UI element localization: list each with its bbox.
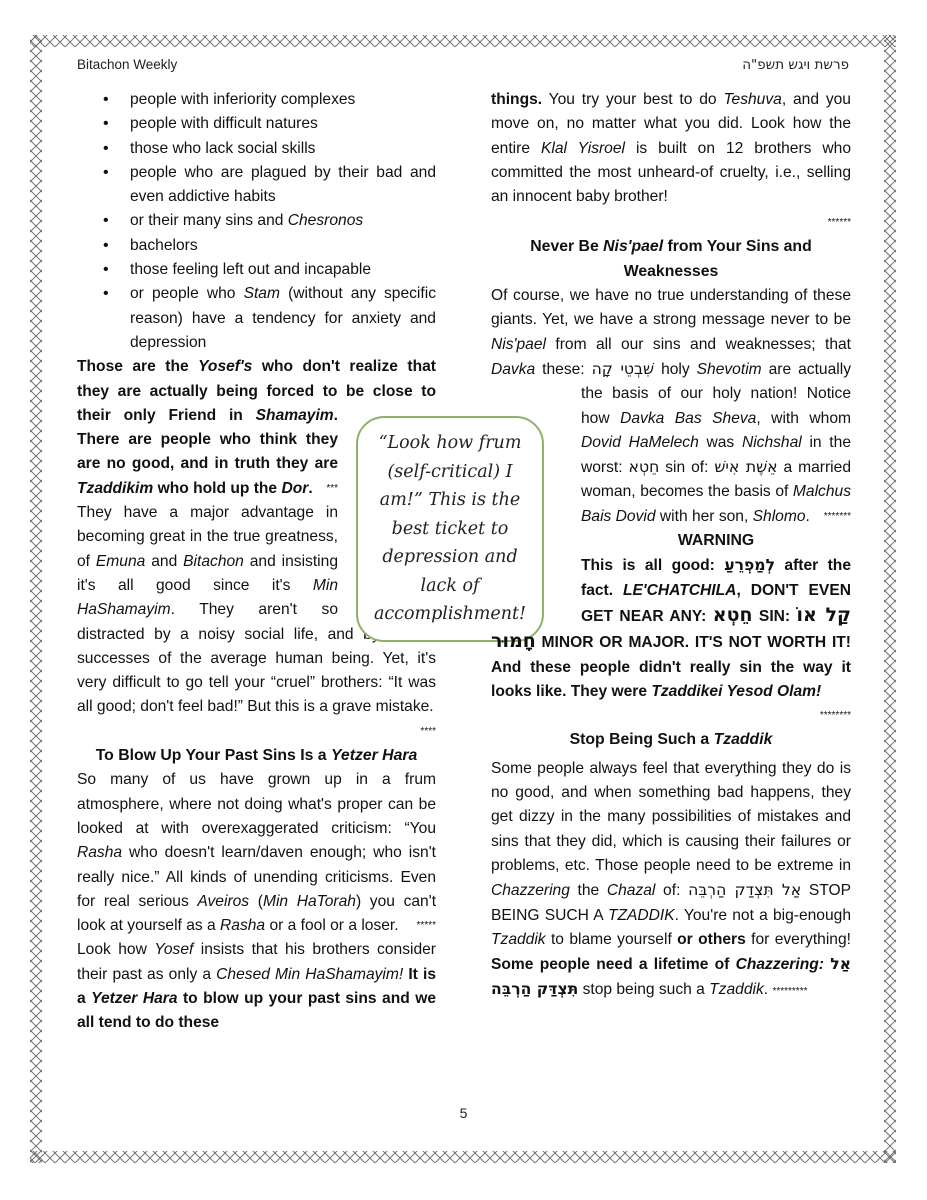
border-right <box>884 35 896 1163</box>
list-item: or their many sins and Chesronos <box>130 209 436 233</box>
quote-wrap-space <box>491 454 581 624</box>
right-column: things. You try your best to do Teshuva,… <box>491 88 851 1005</box>
paragraph: Look how Yosef insists that his brothers… <box>77 938 436 1035</box>
paragraph: Some people always feel that everything … <box>491 757 851 1005</box>
border-top <box>30 35 896 47</box>
section-divider-stars: ***** <box>417 914 436 938</box>
section-divider-stars: ******** <box>820 704 851 728</box>
section-divider-stars: *** <box>326 477 338 501</box>
paragraph: things. You try your best to do Teshuva,… <box>491 88 851 209</box>
section-heading: To Blow Up Your Past Sins Is a Yetzer Ha… <box>77 744 436 768</box>
list-item: people who are plagued by their bad and … <box>130 161 436 210</box>
page-number: 5 <box>0 1105 927 1121</box>
border-left <box>30 35 42 1163</box>
section-heading: Never Be Nis'pael from Your Sins and Wea… <box>491 235 851 284</box>
list-item: bachelors <box>130 234 436 258</box>
section-divider-stars: **** <box>420 720 436 744</box>
section-heading: Stop Being Such a Tzaddik <box>491 728 851 752</box>
list-item: those who lack social skills <box>130 137 436 161</box>
list-item: or people who Stam (without any specific… <box>130 282 436 355</box>
publication-title: Bitachon Weekly <box>77 57 177 72</box>
bullet-list: people with inferiority complexes people… <box>77 88 436 355</box>
list-item: those feeling left out and incapable <box>130 258 436 282</box>
border-bottom <box>30 1151 896 1163</box>
list-item: people with difficult natures <box>130 112 436 136</box>
section-divider-stars: ********* <box>772 986 807 997</box>
section-divider-stars: ******* <box>824 505 851 529</box>
quote-wrap-space <box>491 406 581 455</box>
list-item: people with inferiority complexes <box>130 88 436 112</box>
section-divider: ****** <box>491 209 851 235</box>
paragraph: So many of us have grown up in a frum at… <box>77 768 436 938</box>
section-divider-stars: ****** <box>828 217 851 228</box>
parsha-title: פרשת ויגש תשפ"ה <box>742 57 849 73</box>
